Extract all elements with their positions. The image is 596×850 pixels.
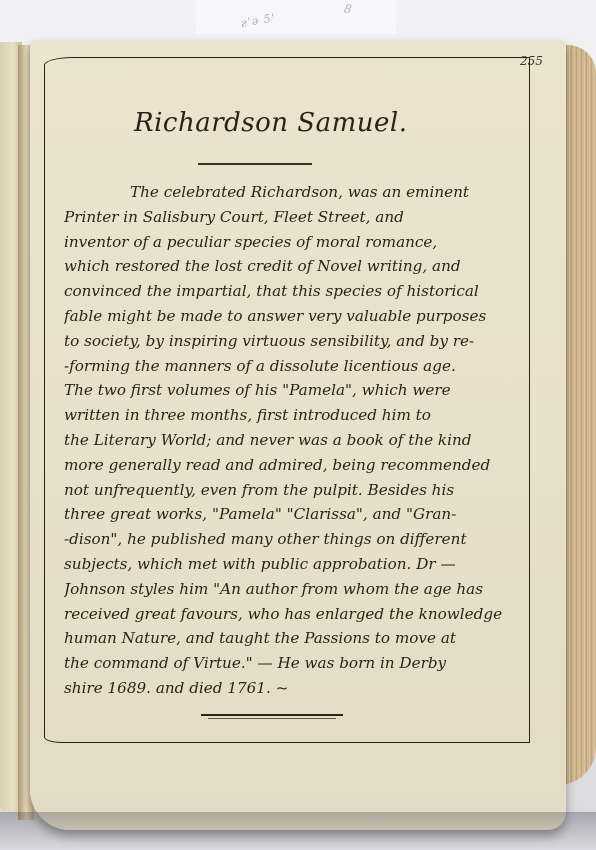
pencil-note: ƨ'ǝ 5' [240,11,276,30]
text-line: inventor of a peculiar species of moral … [64,230,504,255]
text-line: shire 1689. and died 1761. ~ [64,676,504,701]
text-line: -forming the manners of a dissolute lice… [64,354,504,379]
text-line: Johnson styles him "An author from whom … [64,577,504,602]
text-line: not unfrequently, even from the pulpit. … [64,478,504,503]
entry-body: The celebrated Richardson, was an eminen… [64,180,504,701]
text-line: which restored the lost credit of Novel … [64,254,504,279]
text-line: written in three months, first introduce… [64,403,504,428]
text-line: three great works, "Pamela" "Clarissa", … [64,502,504,527]
heading-rule [198,163,312,165]
closing-rule [201,714,343,716]
entry-heading: Richardson Samuel. [134,108,434,138]
text-line: received great favours, who has enlarged… [64,602,504,627]
text-line: -dison", he published many other things … [64,527,504,552]
text-line: convinced the impartial, that this speci… [64,279,504,304]
text-line: the Literary World; and never was a book… [64,428,504,453]
closing-rule-lower [208,718,336,719]
text-line: The celebrated Richardson, was an eminen… [64,180,504,205]
text-line: the command of Virtue." — He was born in… [64,651,504,676]
text-line: to society, by inspiring virtuous sensib… [64,329,504,354]
text-line: more generally read and admired, being r… [64,453,504,478]
text-line: The two first volumes of his "Pamela", w… [64,378,504,403]
text-line: fable might be made to answer very valua… [64,304,504,329]
text-line: subjects, which met with public approbat… [64,552,504,577]
book-shadow [0,812,596,850]
text-line: human Nature, and taught the Passions to… [64,626,504,651]
paper-slip: ƨ'ǝ 5' 8 [196,0,396,34]
text-line: Printer in Salisbury Court, Fleet Street… [64,205,504,230]
pencil-note-2: 8 [343,1,353,16]
